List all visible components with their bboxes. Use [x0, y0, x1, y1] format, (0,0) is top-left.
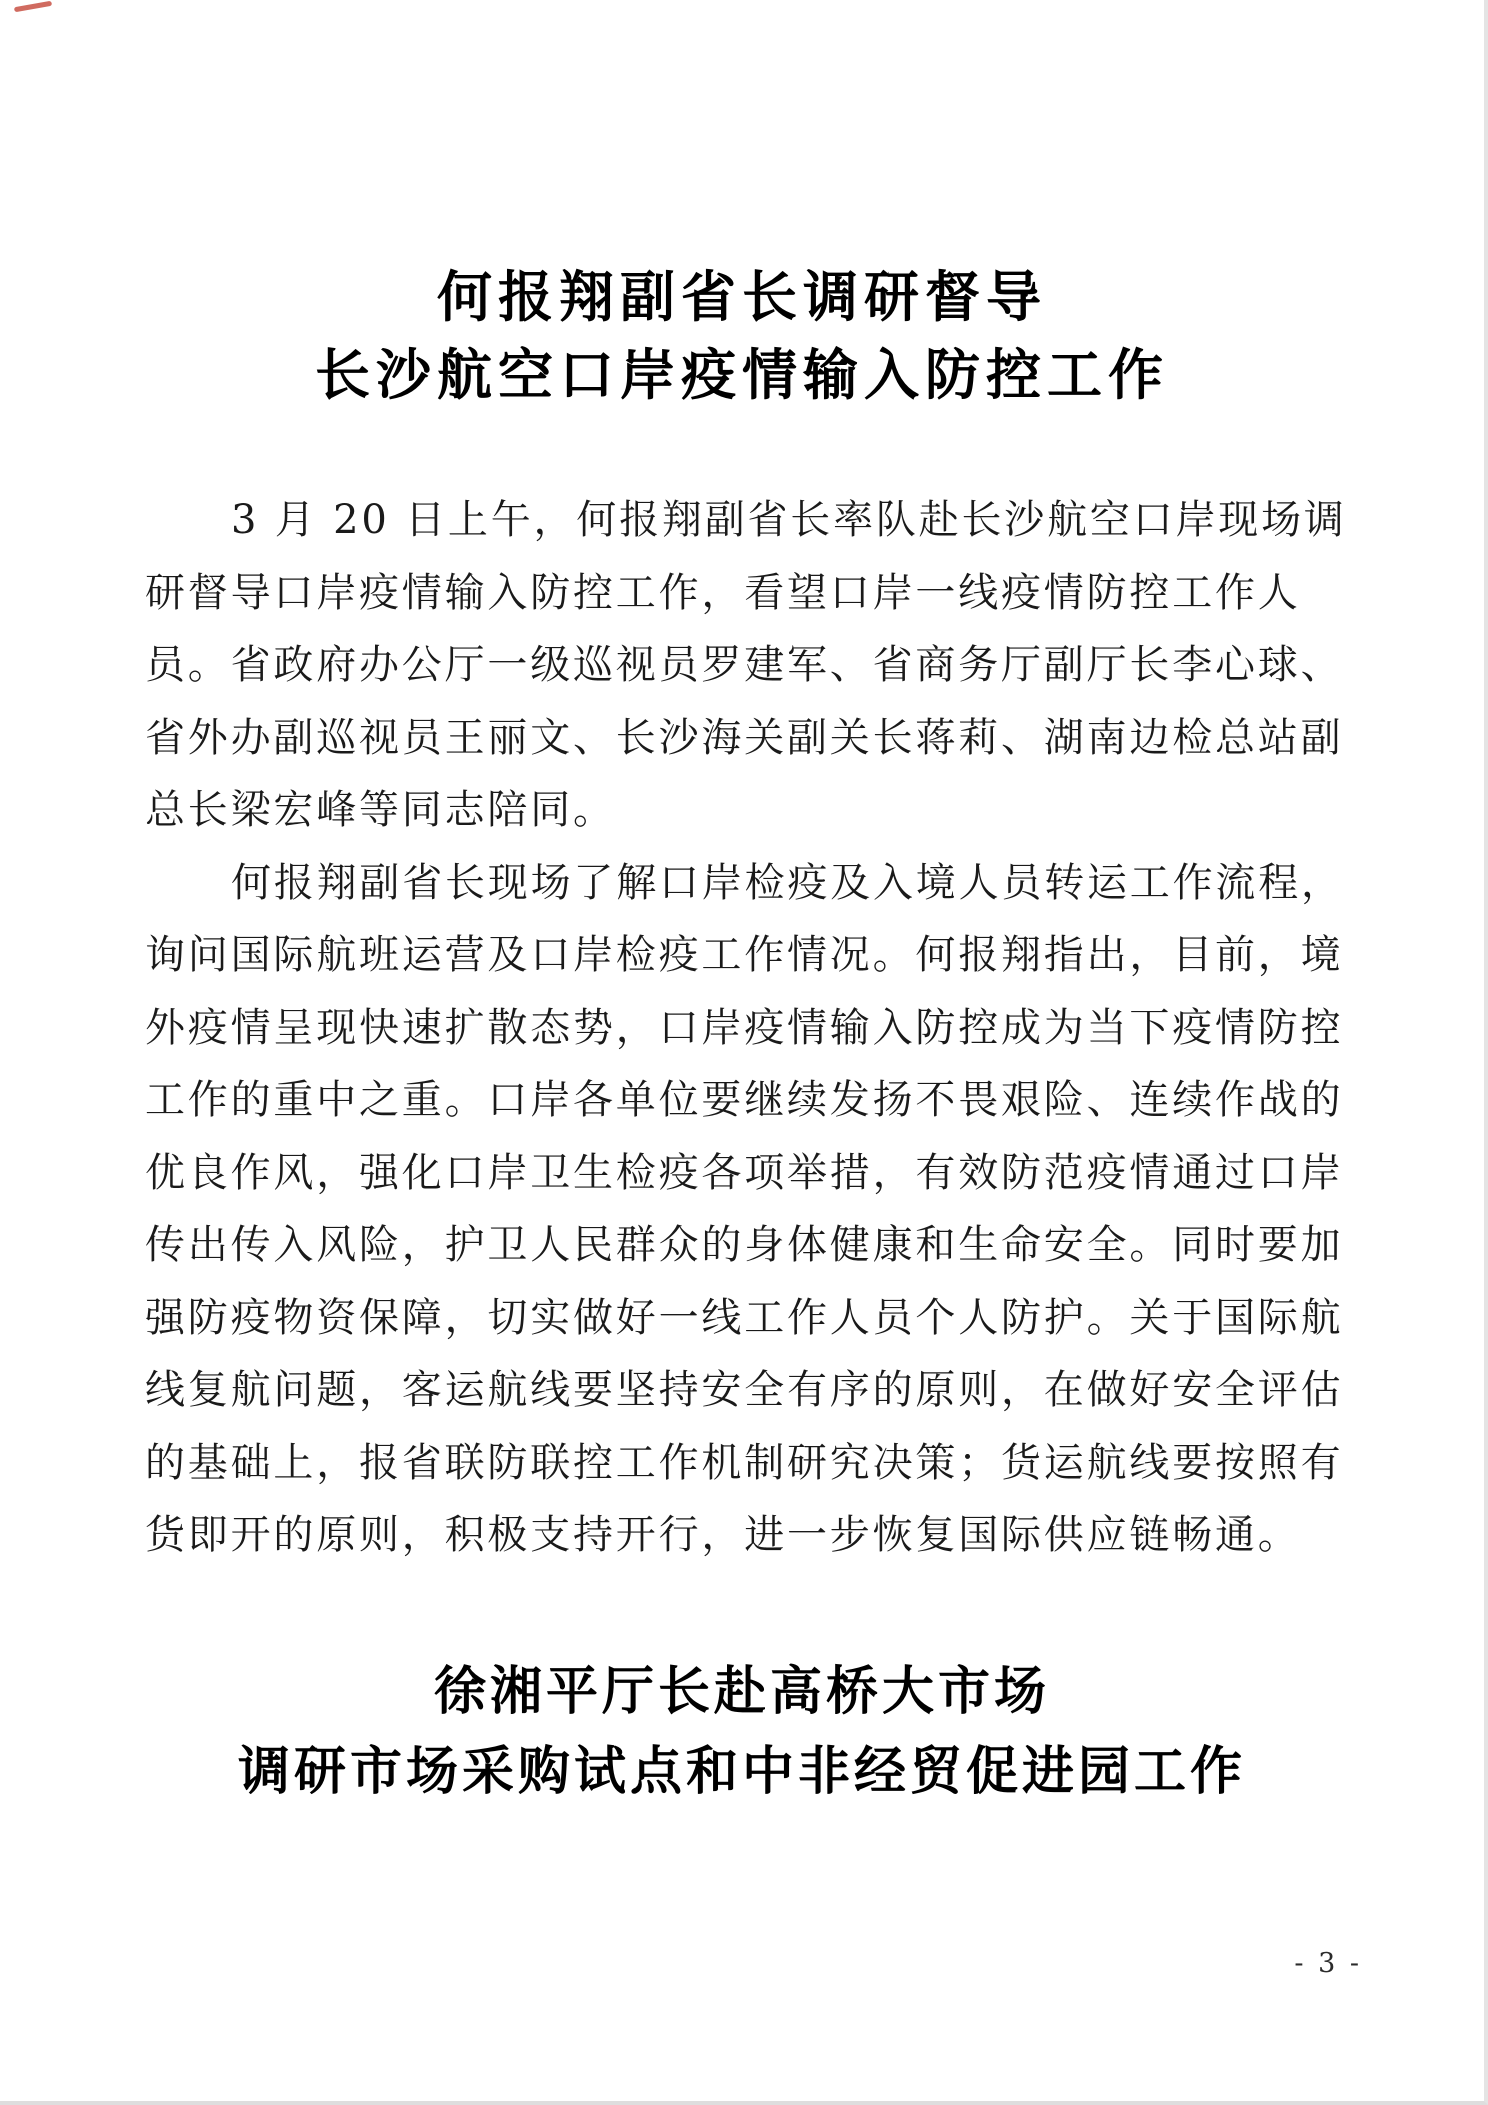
body-text-line: 工作的重中之重。口岸各单位要继续发扬不畏艰险、连续作战的	[145, 1064, 1345, 1137]
article2-title-line2: 调研市场采购试点和中非经贸促进园工作	[0, 1732, 1484, 1812]
body-text-line: 传出传入风险，护卫人民群众的身体健康和生命安全。同时要加	[145, 1209, 1345, 1282]
body-text-line: 研督导口岸疫情输入防控工作，看望口岸一线疫情防控工作人	[145, 557, 1345, 630]
body-text-line: 员。省政府办公厅一级巡视员罗建军、省商务厅副厅长李心球、	[145, 629, 1345, 702]
article2-title-line1: 徐湘平厅长赴高桥大市场	[0, 1652, 1484, 1732]
body-text-line: 何报翔副省长现场了解口岸检疫及入境人员转运工作流程，	[145, 847, 1345, 920]
body-text-line: 总长梁宏峰等同志陪同。	[145, 774, 1345, 847]
body-text-line: 线复航问题，客运航线要坚持安全有序的原则，在做好安全评估	[145, 1354, 1345, 1427]
article2-title: 徐湘平厅长赴高桥大市场 调研市场采购试点和中非经贸促进园工作	[0, 1652, 1484, 1812]
body-text-line: 3 月 20 日上午，何报翔副省长率队赴长沙航空口岸现场调	[145, 484, 1345, 557]
body-text-line: 优良作风，强化口岸卫生检疫各项举措，有效防范疫情通过口岸	[145, 1137, 1345, 1210]
article1-title: 何报翔副省长调研督导 长沙航空口岸疫情输入防控工作	[0, 258, 1484, 414]
body-text-line: 强防疫物资保障，切实做好一线工作人员个人防护。关于国际航	[145, 1282, 1345, 1355]
article1-title-line1: 何报翔副省长调研督导	[0, 258, 1484, 336]
article1-body: 3 月 20 日上午，何报翔副省长率队赴长沙航空口岸现场调研督导口岸疫情输入防控…	[145, 484, 1345, 1572]
document-page: 何报翔副省长调研督导 长沙航空口岸疫情输入防控工作 3 月 20 日上午，何报翔…	[0, 0, 1488, 2105]
body-text-line: 询问国际航班运营及口岸检疫工作情况。何报翔指出，目前，境	[145, 919, 1345, 992]
article1-paragraph1: 3 月 20 日上午，何报翔副省长率队赴长沙航空口岸现场调研督导口岸疫情输入防控…	[145, 484, 1345, 847]
article1-title-line2: 长沙航空口岸疫情输入防控工作	[0, 336, 1484, 414]
body-text-line: 外疫情呈现快速扩散态势，口岸疫情输入防控成为当下疫情防控	[145, 992, 1345, 1065]
page-number: - 3 -	[1294, 1948, 1362, 1979]
scan-artifact-mark	[14, 1, 52, 13]
body-text-line: 的基础上，报省联防联控工作机制研究决策；货运航线要按照有	[145, 1427, 1345, 1500]
article1-paragraph2: 何报翔副省长现场了解口岸检疫及入境人员转运工作流程，询问国际航班运营及口岸检疫工…	[145, 847, 1345, 1572]
body-text-line: 省外办副巡视员王丽文、长沙海关副关长蒋莉、湖南边检总站副	[145, 702, 1345, 775]
body-text-line: 货即开的原则，积极支持开行，进一步恢复国际供应链畅通。	[145, 1499, 1345, 1572]
